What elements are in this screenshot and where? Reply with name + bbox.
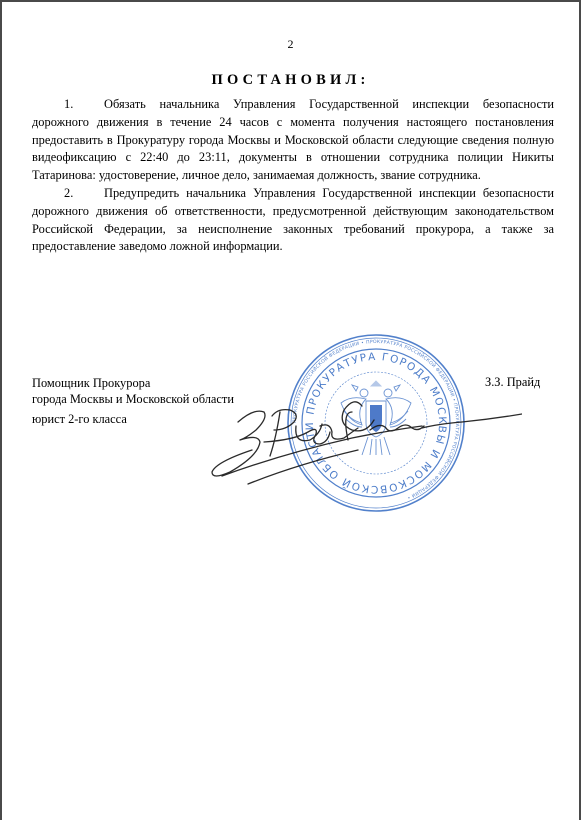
decree-heading: ПОСТАНОВИЛ: (2, 72, 579, 89)
item-text: Обязать начальника Управления Государств… (32, 97, 554, 182)
decree-body: 1.Обязать начальника Управления Государс… (32, 96, 554, 256)
document-page: 2 ПОСТАНОВИЛ: 1.Обязать начальника Управ… (0, 0, 581, 820)
page-number: 2 (2, 37, 579, 52)
item-text: Предупредить начальника Управления Госуд… (32, 186, 554, 253)
item-number: 2. (64, 185, 104, 203)
decree-item-2: 2.Предупредить начальника Управления Гос… (32, 185, 554, 256)
item-number: 1. (64, 96, 104, 114)
handwritten-signature-icon (202, 382, 522, 492)
decree-item-1: 1.Обязать начальника Управления Государс… (32, 96, 554, 185)
